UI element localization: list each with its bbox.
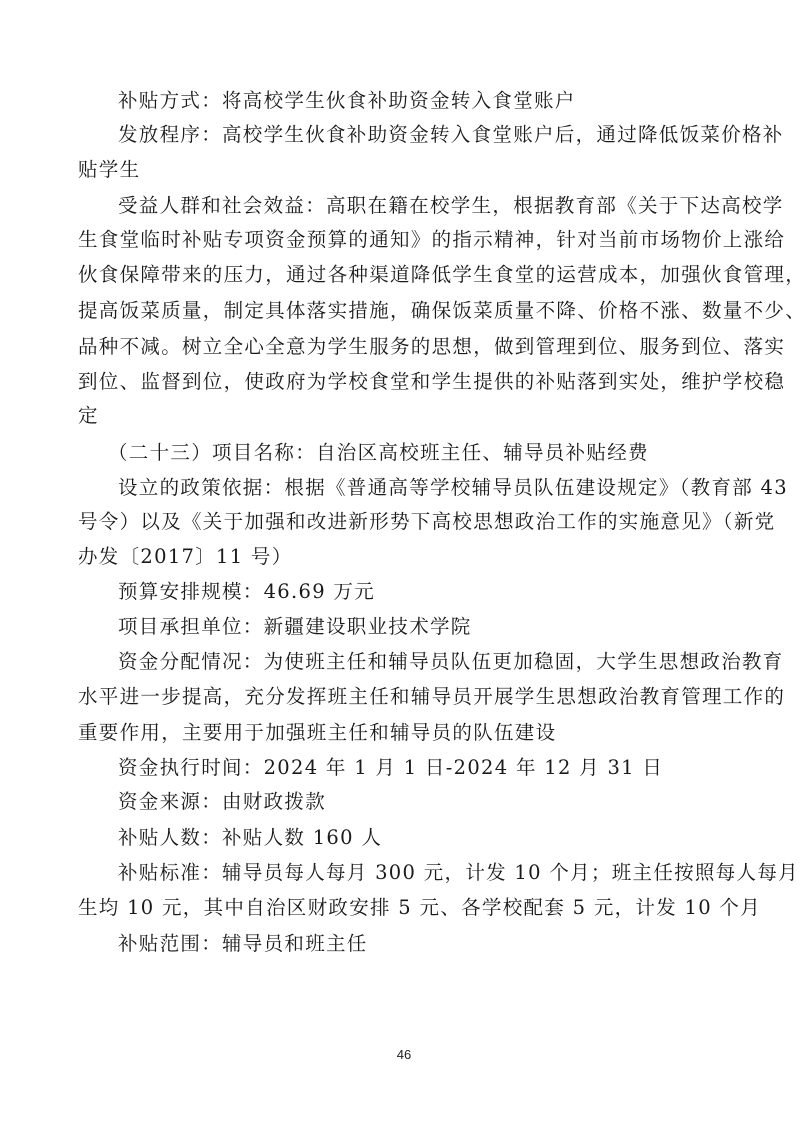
text-line: 伙食保障带来的压力，通过各种渠道降低学生食堂的运营成本，加强伙食管理， xyxy=(78,264,806,286)
text-line: 到位、监督到位，使政府为学校食堂和学生提供的补贴落到实处，维护学校稳 xyxy=(78,371,785,393)
text-line: 生食堂临时补贴专项资金预算的通知》的指示精神，针对当前市场物价上涨给 xyxy=(78,229,785,251)
text-line: 水平进一步提高，充分发挥班主任和辅导员开展学生思想政治教育管理工作的 xyxy=(78,686,785,708)
text-line: 资金分配情况：为使班主任和辅导员队伍更加稳固，大学生思想政治教育 xyxy=(118,651,784,673)
text-line: 补贴人数：补贴人数 160 人 xyxy=(118,827,382,849)
text-line: 项目承担单位：新疆建设职业技术学院 xyxy=(118,616,472,638)
text-line: 提高饭菜质量，制定具体落实措施，确保饭菜质量不降、价格不涨、数量不少、 xyxy=(78,300,806,322)
text-line: 设立的政策依据：根据《普通高等学校辅导员队伍建设规定》（教育部 43 xyxy=(118,477,788,499)
text-line: 办发〔2017〕11 号） xyxy=(78,546,293,568)
text-line: 补贴范围：辅导员和班主任 xyxy=(118,933,368,955)
text-line: 资金执行时间：2024 年 1 月 1 日-2024 年 12 月 31 日 xyxy=(118,757,663,779)
document-page: 补贴方式：将高校学生伙食补助资金转入食堂账户 发放程序：高校学生伙食补助资金转入… xyxy=(0,0,808,1143)
text-line: 生均 10 元，其中自治区财政安排 5 元、各学校配套 5 元，计发 10 个月 xyxy=(78,897,761,919)
text-line: 受益人群和社会效益：高职在籍在校学生，根据教育部《关于下达高校学 xyxy=(118,195,784,217)
text-line: 补贴标准：辅导员每人每月 300 元，计发 10 个月；班主任按照每人每月 xyxy=(118,862,799,884)
text-line: 资金来源：由财政拨款 xyxy=(118,791,326,813)
section-heading: （二十三）项目名称：自治区高校班主任、辅导员补贴经费 xyxy=(108,442,649,464)
text-line: 预算安排规模：46.69 万元 xyxy=(118,581,375,603)
text-line: 重要作用，主要用于加强班主任和辅导员的队伍建设 xyxy=(78,722,556,744)
page-number: 46 xyxy=(0,1047,808,1062)
text-line: 发放程序：高校学生伙食补助资金转入食堂账户后，通过降低饭菜价格补 xyxy=(118,124,784,146)
text-line: 号令）以及《关于加强和改进新形势下高校思想政治工作的实施意见》（新党 xyxy=(78,511,775,533)
text-line: 品种不减。树立全心全意为学生服务的思想，做到管理到位、服务到位、落实 xyxy=(78,336,785,358)
text-line: 贴学生 xyxy=(78,159,140,181)
text-line: 补贴方式：将高校学生伙食补助资金转入食堂账户 xyxy=(118,90,576,112)
text-line: 定 xyxy=(78,405,99,427)
